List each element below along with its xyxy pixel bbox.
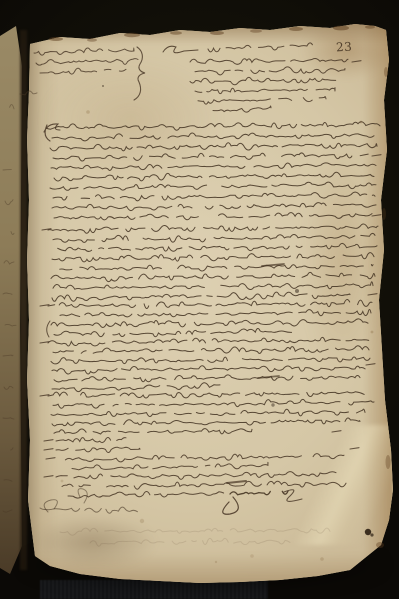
gutter-crease <box>20 30 27 570</box>
stain-top-left <box>36 55 226 185</box>
page-number: 23 <box>336 40 353 55</box>
stain-bottom-left <box>28 515 158 570</box>
manuscript-photo: 23 <box>0 0 399 599</box>
manuscript-page <box>0 0 399 599</box>
light-streak <box>295 425 399 545</box>
underlying-page-edge <box>0 26 22 574</box>
stain-right <box>300 140 385 380</box>
